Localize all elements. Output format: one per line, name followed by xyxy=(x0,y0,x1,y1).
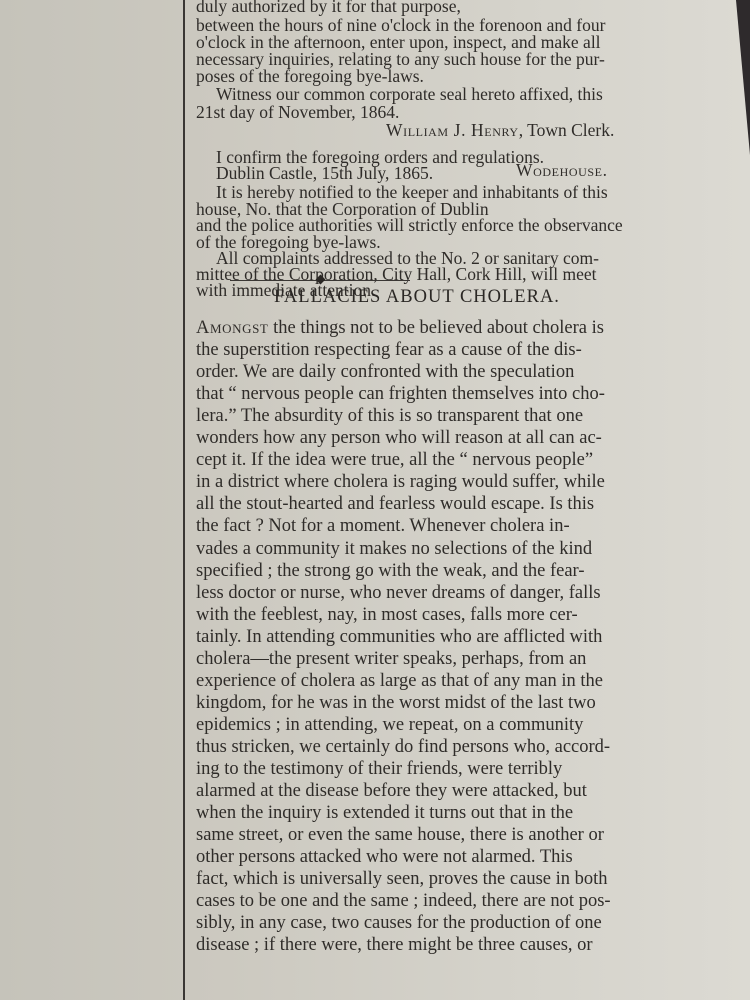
article-line: cept it. If the idea were true, all the … xyxy=(196,450,593,471)
article-line: epidemics ; in attending, we repeat, on … xyxy=(196,715,583,736)
article-line: the superstition respecting fear as a ca… xyxy=(196,340,582,361)
confirmation-place-date: Dublin Castle, 15th July, 1865. xyxy=(216,163,433,184)
article-line: alarmed at the disease before they were … xyxy=(196,781,587,802)
article-line: fact, which is universally seen, proves … xyxy=(196,869,608,890)
article-line: cases to be one and the same ; indeed, t… xyxy=(196,891,611,912)
article-line: when the inquiry is extended it turns ou… xyxy=(196,803,573,824)
article-title: FALLACIES ABOUT CHOLERA. xyxy=(274,287,560,308)
article-line: experience of cholera as large as that o… xyxy=(196,671,603,692)
article-line: kingdom, for he was in the worst midst o… xyxy=(196,693,596,714)
newspaper-page: ns of the Act, 12 and 13e Dublin Improve… xyxy=(0,0,750,1000)
article-line: ing to the testimony of their friends, w… xyxy=(196,759,562,780)
article-line: tainly. In attending communities who are… xyxy=(196,627,602,648)
article-line: order. We are daily confronted with the … xyxy=(196,362,574,383)
column-rule xyxy=(183,0,185,1000)
signature-town-clerk: William J. Henry, Town Clerk. xyxy=(386,120,614,141)
confirmation-signature: Wodehouse. xyxy=(516,160,608,181)
article-line: thus stricken, we certainly do find pers… xyxy=(196,737,610,758)
article-line: cholera—the present writer speaks, perha… xyxy=(196,649,586,670)
article-lead-word: Amongst xyxy=(196,318,268,338)
article-line: the fact ? Not for a moment. Whenever ch… xyxy=(196,516,570,537)
article-line: wonders how any person who will reason a… xyxy=(196,428,602,449)
article-line: lera.” The absurdity of this is so trans… xyxy=(196,406,583,427)
book-edge-background xyxy=(736,0,750,155)
article-line: all the stout-hearted and fearless would… xyxy=(196,494,594,515)
article-line: sibly, in any case, two causes for the p… xyxy=(196,913,602,934)
article-line: that “ nervous people can frighten thems… xyxy=(196,384,605,405)
article-first-line: Amongst the things not to be believed ab… xyxy=(196,318,604,339)
article-line: less doctor or nurse, who never dreams o… xyxy=(196,583,601,604)
article-line: same street, or even the same house, the… xyxy=(196,825,604,846)
signature-name: William J. Henry xyxy=(386,120,519,140)
article-line: specified ; the strong go with the weak,… xyxy=(196,561,585,582)
article-line: other persons attacked who were not alar… xyxy=(196,847,573,868)
article-line: in a district where cholera is raging wo… xyxy=(196,472,605,493)
article-line: vades a community it makes no selections… xyxy=(196,539,592,560)
text-line: 21st day of November, 1864. xyxy=(196,102,399,123)
article-line-text: the things not to be believed about chol… xyxy=(268,318,603,338)
article-line: with the feeblest, nay, in most cases, f… xyxy=(196,605,578,626)
signature-title: , Town Clerk. xyxy=(519,120,615,140)
article-line: disease ; if there were, there might be … xyxy=(196,935,593,956)
